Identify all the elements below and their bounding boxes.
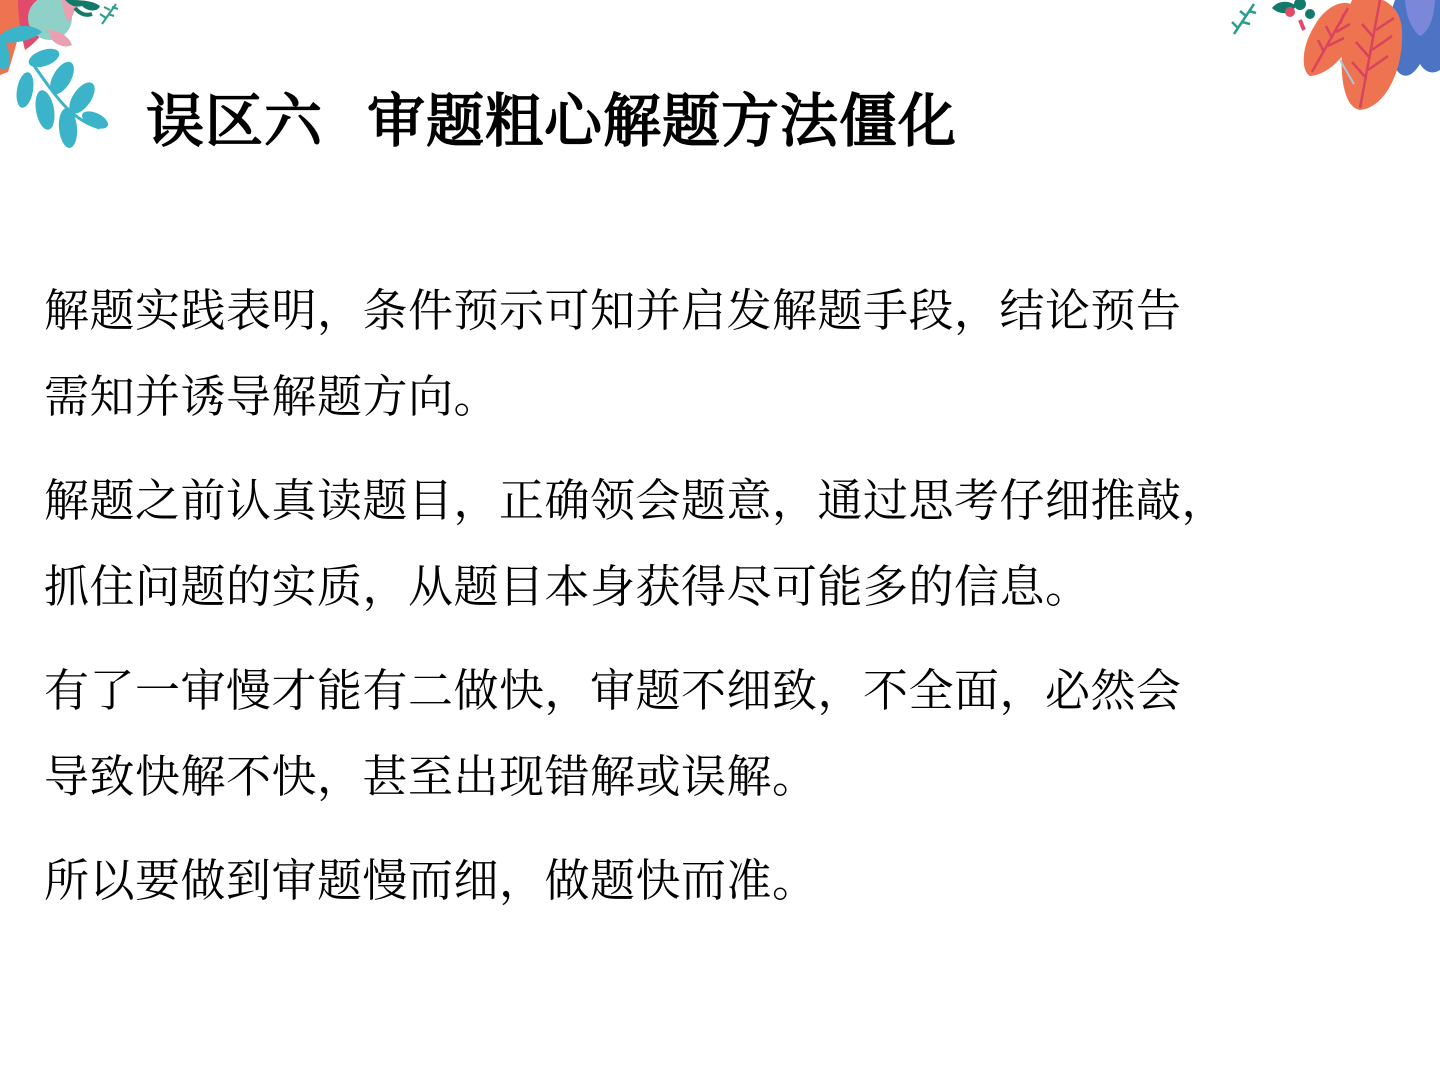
floral-leaves-icon bbox=[1220, 0, 1440, 120]
floral-leaves-icon bbox=[0, 0, 120, 160]
paragraph-line: 导致快解不快，甚至出现错解或误解。 bbox=[44, 734, 1374, 820]
slide-title: 误区六审题粗心解题方法僵化 bbox=[146, 86, 957, 156]
paragraph-line: 需知并诱导解题方向。 bbox=[44, 354, 1374, 440]
title-label: 误区六 bbox=[146, 87, 323, 155]
paragraph-line: 解题之前认真读题目，正确领会题意，通过思考仔细推敲， bbox=[44, 458, 1374, 544]
paragraph-2: 解题之前认真读题目，正确领会题意，通过思考仔细推敲， 抓住问题的实质，从题目本身… bbox=[44, 458, 1374, 630]
paragraph-1: 解题实践表明，条件预示可知并启发解题手段，结论预告 需知并诱导解题方向。 bbox=[44, 268, 1374, 440]
title-text: 审题粗心解题方法僵化 bbox=[367, 87, 957, 155]
slide-content: 解题实践表明，条件预示可知并启发解题手段，结论预告 需知并诱导解题方向。 解题之… bbox=[44, 268, 1374, 942]
paragraph-line: 解题实践表明，条件预示可知并启发解题手段，结论预告 bbox=[44, 268, 1374, 354]
paragraph-line: 所以要做到审题慢而细，做题快而准。 bbox=[44, 838, 1374, 924]
paragraph-3: 有了一审慢才能有二做快，审题不细致，不全面，必然会 导致快解不快，甚至出现错解或… bbox=[44, 648, 1374, 820]
paragraph-line: 有了一审慢才能有二做快，审题不细致，不全面，必然会 bbox=[44, 648, 1374, 734]
paragraph-4: 所以要做到审题慢而细，做题快而准。 bbox=[44, 838, 1374, 924]
slide: 误区六审题粗心解题方法僵化 解题实践表明，条件预示可知并启发解题手段，结论预告 … bbox=[0, 0, 1440, 1080]
paragraph-line: 抓住问题的实质，从题目本身获得尽可能多的信息。 bbox=[44, 544, 1374, 630]
